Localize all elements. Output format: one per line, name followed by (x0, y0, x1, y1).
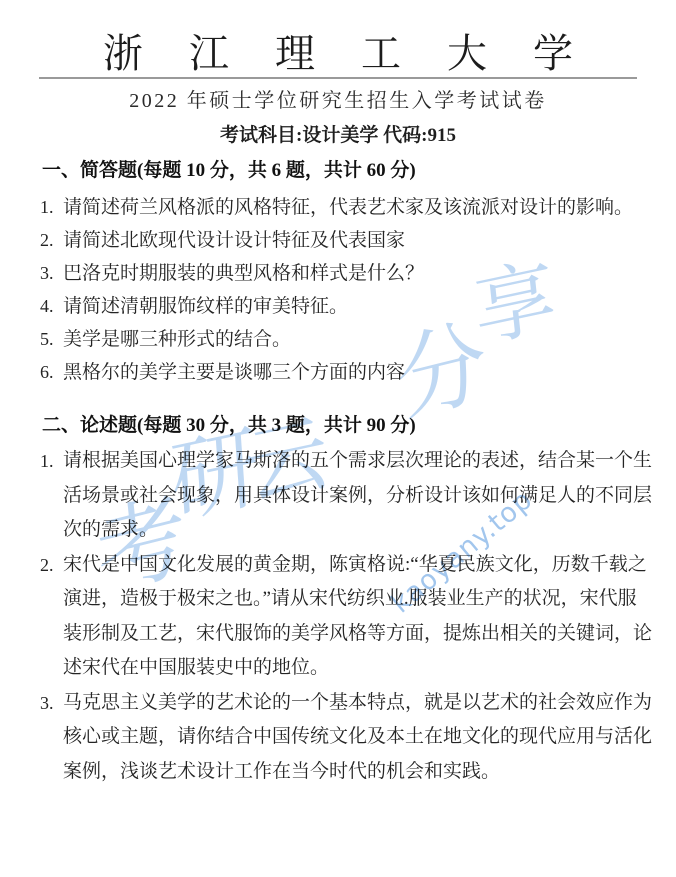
short-question-6: 6. 黑格尔的美学主要是谈哪三个方面的内容 (40, 356, 676, 389)
essay-question-2: 2. 宋代是中国文化发展的黄金期，陈寅格说:“华夏民族文化，历数千载之 演进，造… (40, 548, 676, 686)
exam-paper-page: 浙 江 理 工 大 学 2022 年硕士学位研究生招生入学考试试卷 考试科目:设… (0, 0, 676, 877)
section-2-heading: 二、论述题(每题 30 分，共 3 题，共计 90 分) (42, 416, 676, 436)
question-number: 3. (40, 686, 54, 721)
question-text: 请简述北欧现代设计设计特征及代表国家 (63, 230, 405, 251)
essay-question-1: 1. 请根据美国心理学家马斯洛的五个需求层次理论的表述，结合某一个生 活场景或社… (40, 444, 676, 548)
question-number: 1. (40, 444, 54, 479)
section-1-items: 1. 请简述荷兰风格派的风格特征，代表艺术家及该流派对设计的影响。 2. 请简述… (40, 191, 676, 389)
short-question-5: 5. 美学是哪三种形式的结合。 (40, 323, 676, 356)
essay-line: 马克思主义美学的艺术论的一个基本特点，就是以艺术的社会效应作为 (63, 686, 676, 721)
question-text: 请简述清朝服饰纹样的审美特征。 (63, 296, 348, 317)
question-number: 2. (40, 548, 54, 583)
question-number: 1. (40, 191, 54, 224)
essay-line: 装形制及工艺，宋代服饰的美学风格等方面，提炼出相关的关键词，论 (63, 617, 676, 652)
subject-code-line: 考试科目:设计美学 代码:915 (0, 126, 676, 145)
question-text: 巴洛克时期服装的典型风格和样式是什么？ (63, 263, 424, 284)
essay-line: 演进，造极于极宋之也。”请从宋代纺织业.服装业生产的状况，宋代服 (63, 582, 676, 617)
essay-line: 宋代是中国文化发展的黄金期，陈寅格说:“华夏民族文化，历数千载之 (63, 548, 676, 583)
short-question-1: 1. 请简述荷兰风格派的风格特征，代表艺术家及该流派对设计的影响。 (40, 191, 676, 224)
question-text: 黑格尔的美学主要是谈哪三个方面的内容 (63, 362, 405, 383)
question-number: 2. (40, 224, 54, 257)
essay-line: 案例，浅谈艺术设计工作在当今时代的机会和实践。 (63, 755, 676, 790)
exam-paper-content: 浙 江 理 工 大 学 2022 年硕士学位研究生招生入学考试试卷 考试科目:设… (0, 0, 676, 789)
essay-line: 活场景或社会现象，用具体设计案例，分析设计该如何满足人的不同层 (63, 479, 676, 514)
short-question-3: 3. 巴洛克时期服装的典型风格和样式是什么？ (40, 257, 676, 290)
essay-question-3: 3. 马克思主义美学的艺术论的一个基本特点，就是以艺术的社会效应作为 核心或主题… (40, 686, 676, 790)
question-text: 美学是哪三种形式的结合。 (63, 329, 291, 350)
question-number: 4. (40, 290, 54, 323)
university-title: 浙 江 理 工 大 学 (0, 0, 676, 75)
question-text: 请简述荷兰风格派的风格特征，代表艺术家及该流派对设计的影响。 (63, 197, 633, 218)
section-1-heading: 一、简答题(每题 10 分，共 6 题，共计 60 分) (42, 161, 676, 181)
question-number: 5. (40, 323, 54, 356)
short-question-2: 2. 请简述北欧现代设计设计特征及代表国家 (40, 224, 676, 257)
short-question-4: 4. 请简述清朝服饰纹样的审美特征。 (40, 290, 676, 323)
section-2-items: 1. 请根据美国心理学家马斯洛的五个需求层次理论的表述，结合某一个生 活场景或社… (40, 444, 676, 789)
exam-session-title: 2022 年硕士学位研究生招生入学考试试卷 (0, 91, 676, 111)
essay-line: 次的需求。 (63, 513, 676, 548)
question-number: 6. (40, 356, 54, 389)
essay-line: 请根据美国心理学家马斯洛的五个需求层次理论的表述，结合某一个生 (63, 444, 676, 479)
essay-line: 述宋代在中国服装史中的地位。 (63, 651, 676, 686)
question-number: 3. (40, 257, 54, 290)
essay-line: 核心或主题，请你结合中国传统文化及本土在地文化的现代应用与活化 (63, 720, 676, 755)
title-divider (39, 77, 637, 79)
